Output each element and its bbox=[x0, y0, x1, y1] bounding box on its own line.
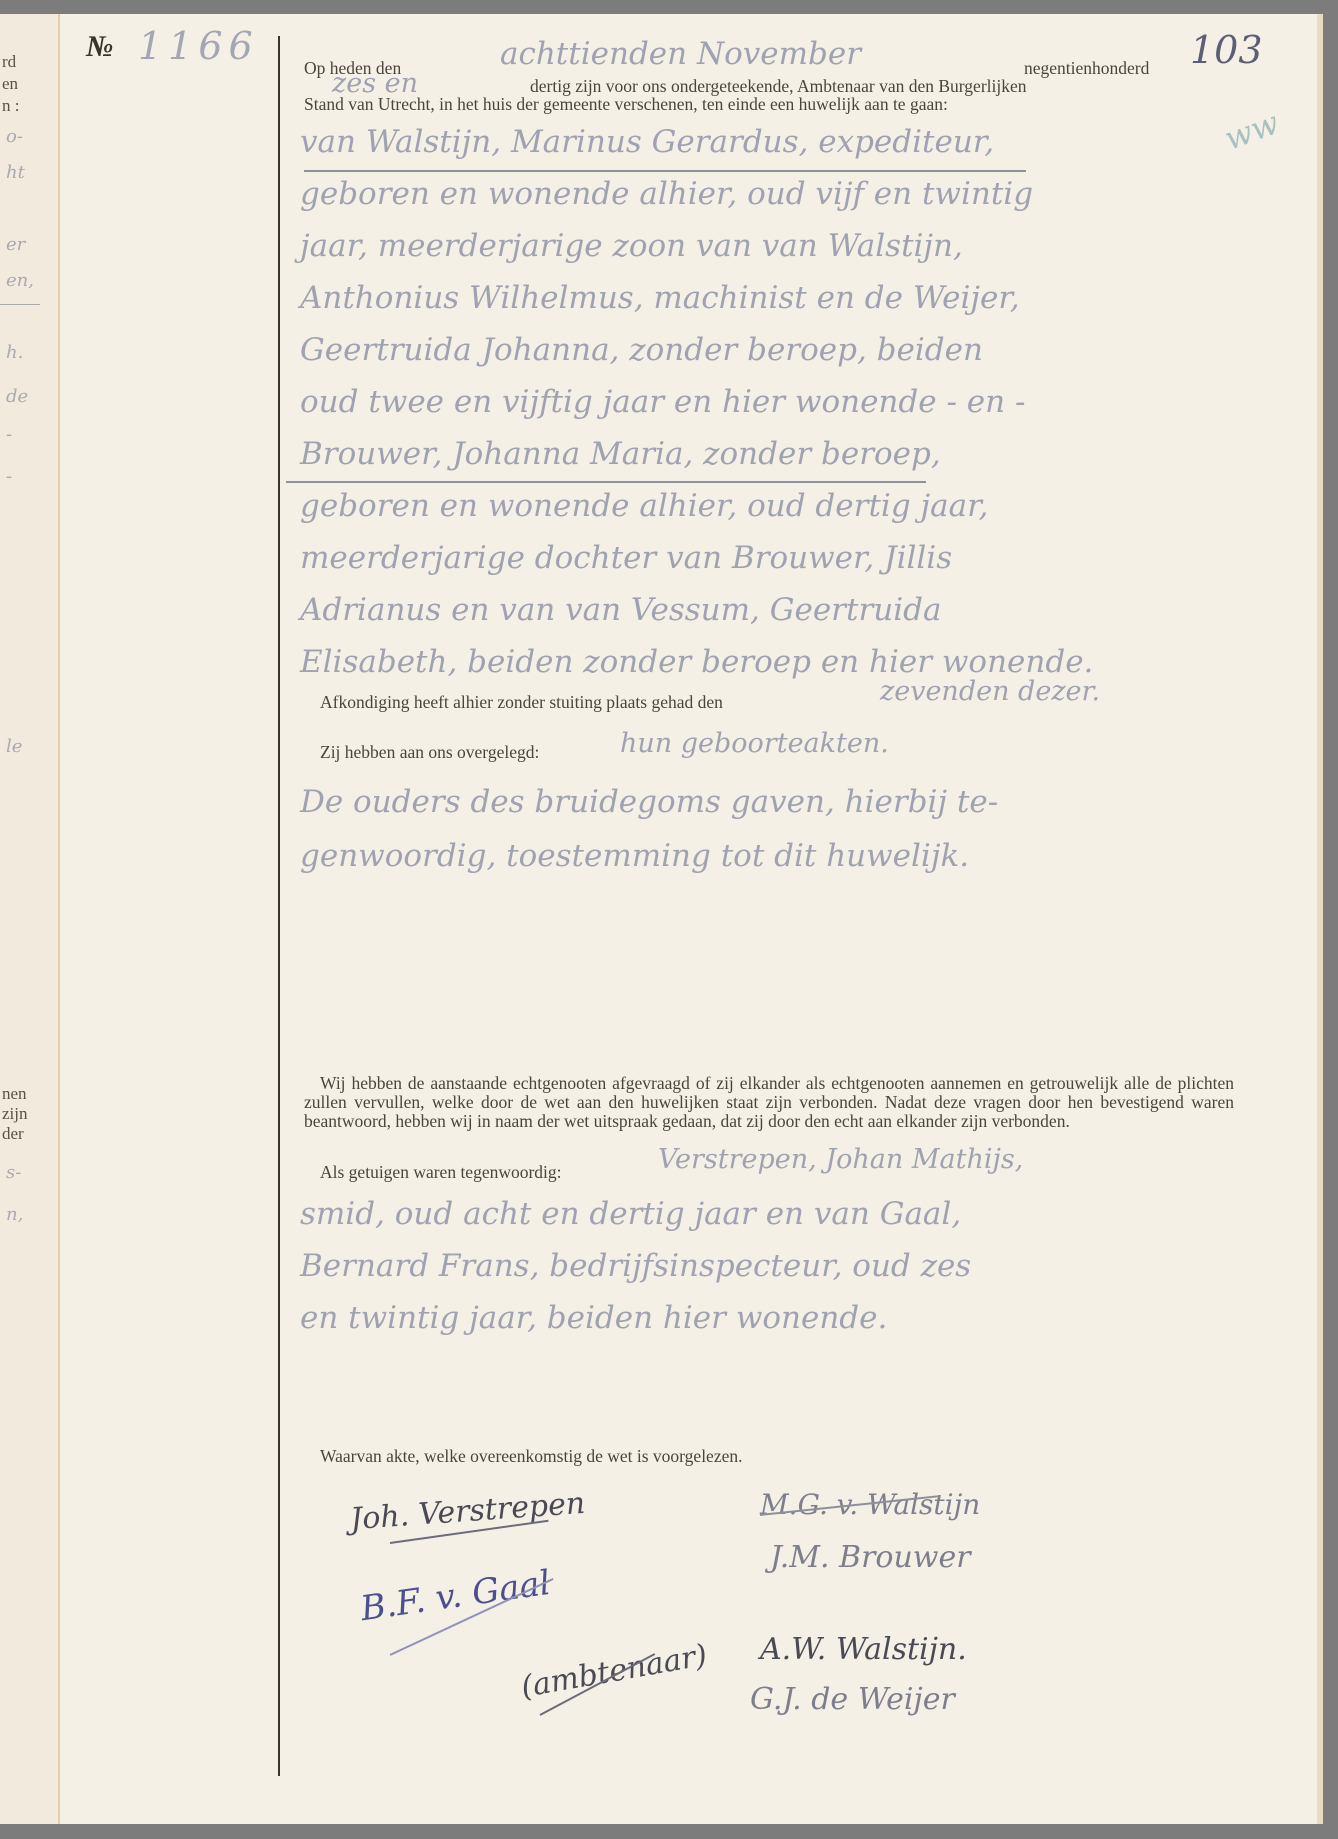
signature-groom: M.G. v. Walstijn bbox=[760, 1488, 980, 1521]
margin-rule bbox=[278, 36, 280, 1776]
left-page-hand-fragment: le bbox=[6, 736, 22, 757]
left-page-hand-fragment: ht bbox=[6, 162, 25, 183]
left-page-print-fragment: der bbox=[2, 1124, 24, 1144]
record-page: № 1166 103 ww Op heden den achttienden N… bbox=[60, 14, 1323, 1824]
left-page-hand-fragment: - bbox=[6, 424, 12, 445]
left-page-hand-fragment: er bbox=[6, 234, 25, 255]
left-page-hand-fragment: de bbox=[6, 386, 28, 407]
left-page-hand-fragment: en, bbox=[6, 270, 34, 291]
witnesses-label: Als getuigen waren tegenwoordig: bbox=[320, 1162, 562, 1183]
clerk-mark: ww bbox=[1219, 108, 1270, 159]
left-page-print-fragment: rd bbox=[2, 52, 16, 72]
declaration-text: Wij hebben de aanstaande echtgenooten af… bbox=[304, 1074, 1234, 1131]
record-number: 1166 bbox=[138, 24, 259, 68]
left-page-hand-fragment: - bbox=[6, 466, 12, 487]
parties-line: Anthonius Wilhelmus, machinist en de Wei… bbox=[300, 280, 1020, 316]
left-page-print-fragment: en bbox=[2, 74, 18, 94]
left-page-hand-fragment: h. bbox=[6, 342, 23, 363]
signature-witness-verstrepen: Joh. Verstrepen bbox=[349, 1486, 586, 1537]
parties-line: Adrianus en van van Vessum, Geertruida bbox=[300, 592, 941, 628]
number-label: № bbox=[86, 30, 113, 64]
parties-line: Elisabeth, beiden zonder beroep en hier … bbox=[300, 644, 1093, 680]
parties-line: meerderjarige dochter van Brouwer, Jilli… bbox=[300, 540, 952, 576]
proclamation-label: Afkondiging heeft alhier zonder stuiting… bbox=[320, 692, 723, 713]
witness-line: en twintig jaar, beiden hier wonende. bbox=[300, 1300, 887, 1336]
left-page-print-fragment: nen bbox=[2, 1084, 27, 1104]
proclamation-value: zevenden dezer. bbox=[880, 676, 1100, 707]
signature-witness-van-gaal: B.F. v. Gaal bbox=[358, 1563, 553, 1629]
witness-first-line: Verstrepen, Johan Mathijs, bbox=[658, 1144, 1023, 1175]
left-page-hand-fragment: o- bbox=[6, 126, 23, 147]
parties-line: jaar, meerderjarige zoon van van Walstij… bbox=[300, 228, 963, 264]
witness-line: Bernard Frans, bedrijfsinspecteur, oud z… bbox=[300, 1248, 971, 1284]
documents-label: Zij hebben aan ons overgelegd: bbox=[320, 742, 539, 763]
closing-text: Waarvan akte, welke overeenkomstig de we… bbox=[320, 1446, 742, 1467]
groom-line: van Walstijn, Marinus Gerardus, expedite… bbox=[300, 124, 994, 160]
left-page-edge: rd en n : o- ht er en, h. de - - le nen … bbox=[0, 14, 60, 1824]
left-page-print-fragment: n : bbox=[2, 96, 19, 116]
parties-line: Geertruida Johanna, zonder beroep, beide… bbox=[300, 332, 983, 368]
left-page-hand-fragment: s- bbox=[6, 1162, 21, 1183]
consent-line: De ouders des bruidegoms gaven, hierbij … bbox=[300, 784, 998, 820]
documents-value: hun geboorteakten. bbox=[620, 728, 889, 759]
left-page-rule bbox=[0, 304, 40, 305]
parties-line: oud twee en vijftig jaar en hier wonende… bbox=[300, 384, 1025, 420]
left-page-hand-fragment: n, bbox=[6, 1204, 23, 1225]
bride-line: Brouwer, Johanna Maria, zonder beroep, bbox=[300, 436, 941, 472]
signature-groom-mother: G.J. de Weijer bbox=[750, 1682, 955, 1717]
left-page-print-fragment: zijn bbox=[2, 1104, 28, 1124]
preamble-line1-suffix: negentienhonderd bbox=[1024, 58, 1149, 79]
page-edge bbox=[1317, 14, 1323, 1824]
witness-line: smid, oud acht en dertig jaar en van Gaa… bbox=[300, 1196, 961, 1232]
parties-line: geboren en wonende alhier, oud vijf en t… bbox=[300, 176, 1033, 212]
preamble-line3: Stand van Utrecht, in het huis der gemee… bbox=[304, 94, 948, 115]
preamble-day-hand: achttienden November bbox=[500, 36, 861, 72]
consent-line: genwoordig, toestemming tot dit huwelijk… bbox=[300, 838, 969, 874]
groom-name-underline bbox=[304, 170, 1026, 172]
signature-registrar: (ambtenaar) bbox=[518, 1638, 709, 1705]
page-number: 103 bbox=[1190, 28, 1263, 72]
bride-name-underline bbox=[286, 481, 926, 483]
signature-bride: J.M. Brouwer bbox=[770, 1540, 971, 1575]
signature-groom-father: A.W. Walstijn. bbox=[760, 1632, 967, 1667]
parties-line: geboren en wonende alhier, oud dertig ja… bbox=[300, 488, 988, 524]
